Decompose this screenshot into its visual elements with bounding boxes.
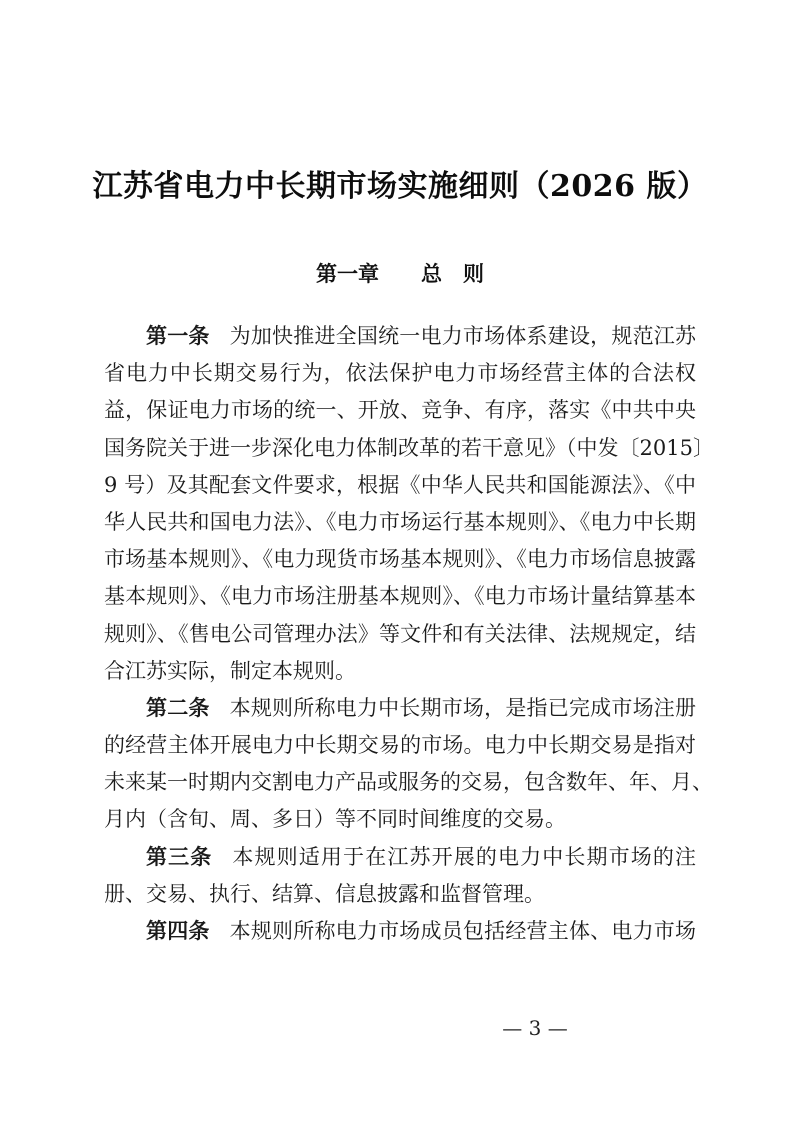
article-2-line-4: 月内（含旬、周、多日）等不同时间维度的交易。 [104, 801, 696, 838]
article-2-line-3: 未来某一时期内交割电力产品或服务的交易，包含数年、年、月、 [104, 764, 696, 801]
article-label: 第一条 [146, 324, 210, 348]
article-4-line-1: 第四条本规则所称电力市场成员包括经营主体、电力市场 [104, 913, 696, 950]
document-page: 江苏省电力中长期市场实施细则（2026 版） 第一章 总 则 第一条为加快推进全… [0, 0, 800, 1131]
article-1-line-2: 省电力中长期交易行为，依法保护电力市场经营主体的合法权 [104, 355, 696, 392]
article-label: 第三条 [146, 845, 212, 869]
article-1-line-10: 合江苏实际，制定本规则。 [104, 653, 696, 690]
article-label: 第二条 [146, 696, 210, 720]
article-label: 第四条 [146, 919, 210, 943]
article-1-line-3: 益，保证电力市场的统一、开放、竞争、有序，落实《中共中央 [104, 392, 696, 429]
article-1-line-9: 规则》、《售电公司管理办法》等文件和有关法律、法规规定，结 [104, 616, 696, 653]
article-3-line-1: 第三条本规则适用于在江苏开展的电力中长期市场的注 [104, 839, 696, 876]
article-1-line-7: 市场基本规则》、《电力现货市场基本规则》、《电力市场信息披露 [104, 541, 696, 578]
page-number: — 3 — [0, 1016, 800, 1040]
article-3-line-2: 册、交易、执行、结算、信息披露和监督管理。 [104, 876, 696, 913]
article-1-line-6: 华人民共和国电力法》、《电力市场运行基本规则》、《电力中长期 [104, 504, 696, 541]
article-1-line-4: 国务院关于进一步深化电力体制改革的若干意见》（中发〔2015〕 [104, 430, 696, 467]
document-title: 江苏省电力中长期市场实施细则（2026 版） [0, 165, 800, 209]
article-1-line-1: 第一条为加快推进全国统一电力市场体系建设，规范江苏 [104, 318, 696, 355]
chapter-number: 第一章 [316, 262, 379, 286]
article-2-line-2: 的经营主体开展电力中长期交易的市场。电力中长期交易是指对 [104, 727, 696, 764]
chapter-heading: 第一章 总 则 [0, 258, 800, 290]
article-1-line-8: 基本规则》、《电力市场注册基本规则》、《电力市场计量结算基本 [104, 578, 696, 615]
document-body: 第一条为加快推进全国统一电力市场体系建设，规范江苏 省电力中长期交易行为，依法保… [104, 318, 696, 950]
article-2-line-1: 第二条本规则所称电力中长期市场，是指已完成市场注册 [104, 690, 696, 727]
article-1-line-5: 9 号）及其配套文件要求，根据《中华人民共和国能源法》、《中 [104, 467, 696, 504]
chapter-name: 总 则 [421, 262, 484, 286]
